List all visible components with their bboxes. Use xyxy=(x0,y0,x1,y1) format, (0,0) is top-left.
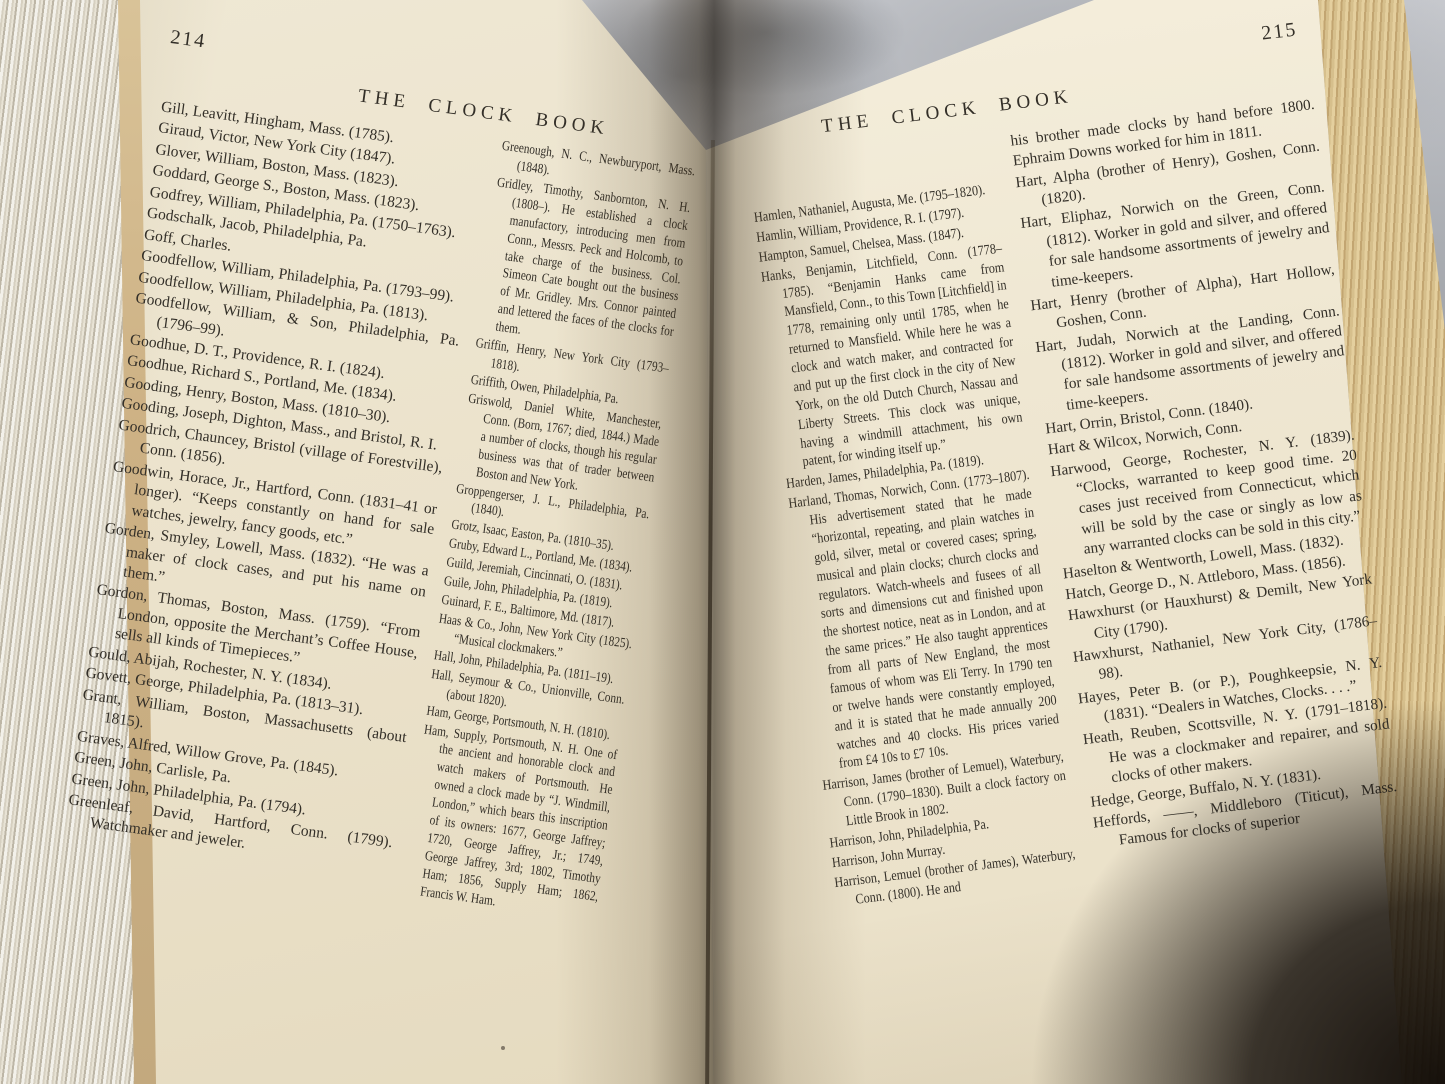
directory-entry: Ham, Supply, Portsmouth, N. H. One of th… xyxy=(401,720,618,923)
left-page-columns: Gill, Leavitt, Hingham, Mass. (1785).Gir… xyxy=(62,97,738,930)
paper-speck xyxy=(501,1046,505,1050)
right-page-column-2: his brother made clocks by hand before 1… xyxy=(1009,95,1403,881)
directory-entry: Gridley, Timothy, Sanbornton, N. H. (180… xyxy=(477,173,691,359)
right-page-content: THE CLOCK BOOK 215 Hamlen, Nathaniel, Au… xyxy=(738,13,1440,912)
right-page-columns: Hamlen, Nathaniel, Augusta, Me. (1795–18… xyxy=(747,91,1439,913)
left-page-content: 214 THE CLOCK BOOK Gill, Leavitt, Hingha… xyxy=(62,26,747,930)
right-page-number: 215 xyxy=(1260,18,1299,45)
open-book-photo: 214 THE CLOCK BOOK Gill, Leavitt, Hingha… xyxy=(0,0,1445,1084)
left-page-number: 214 xyxy=(169,26,208,54)
directory-entry: Harland, Thomas, Norwich, Conn. (1773–18… xyxy=(788,466,1063,776)
directory-entry: Hanks, Benjamin, Litchfield, Conn. (1778… xyxy=(760,239,1026,474)
